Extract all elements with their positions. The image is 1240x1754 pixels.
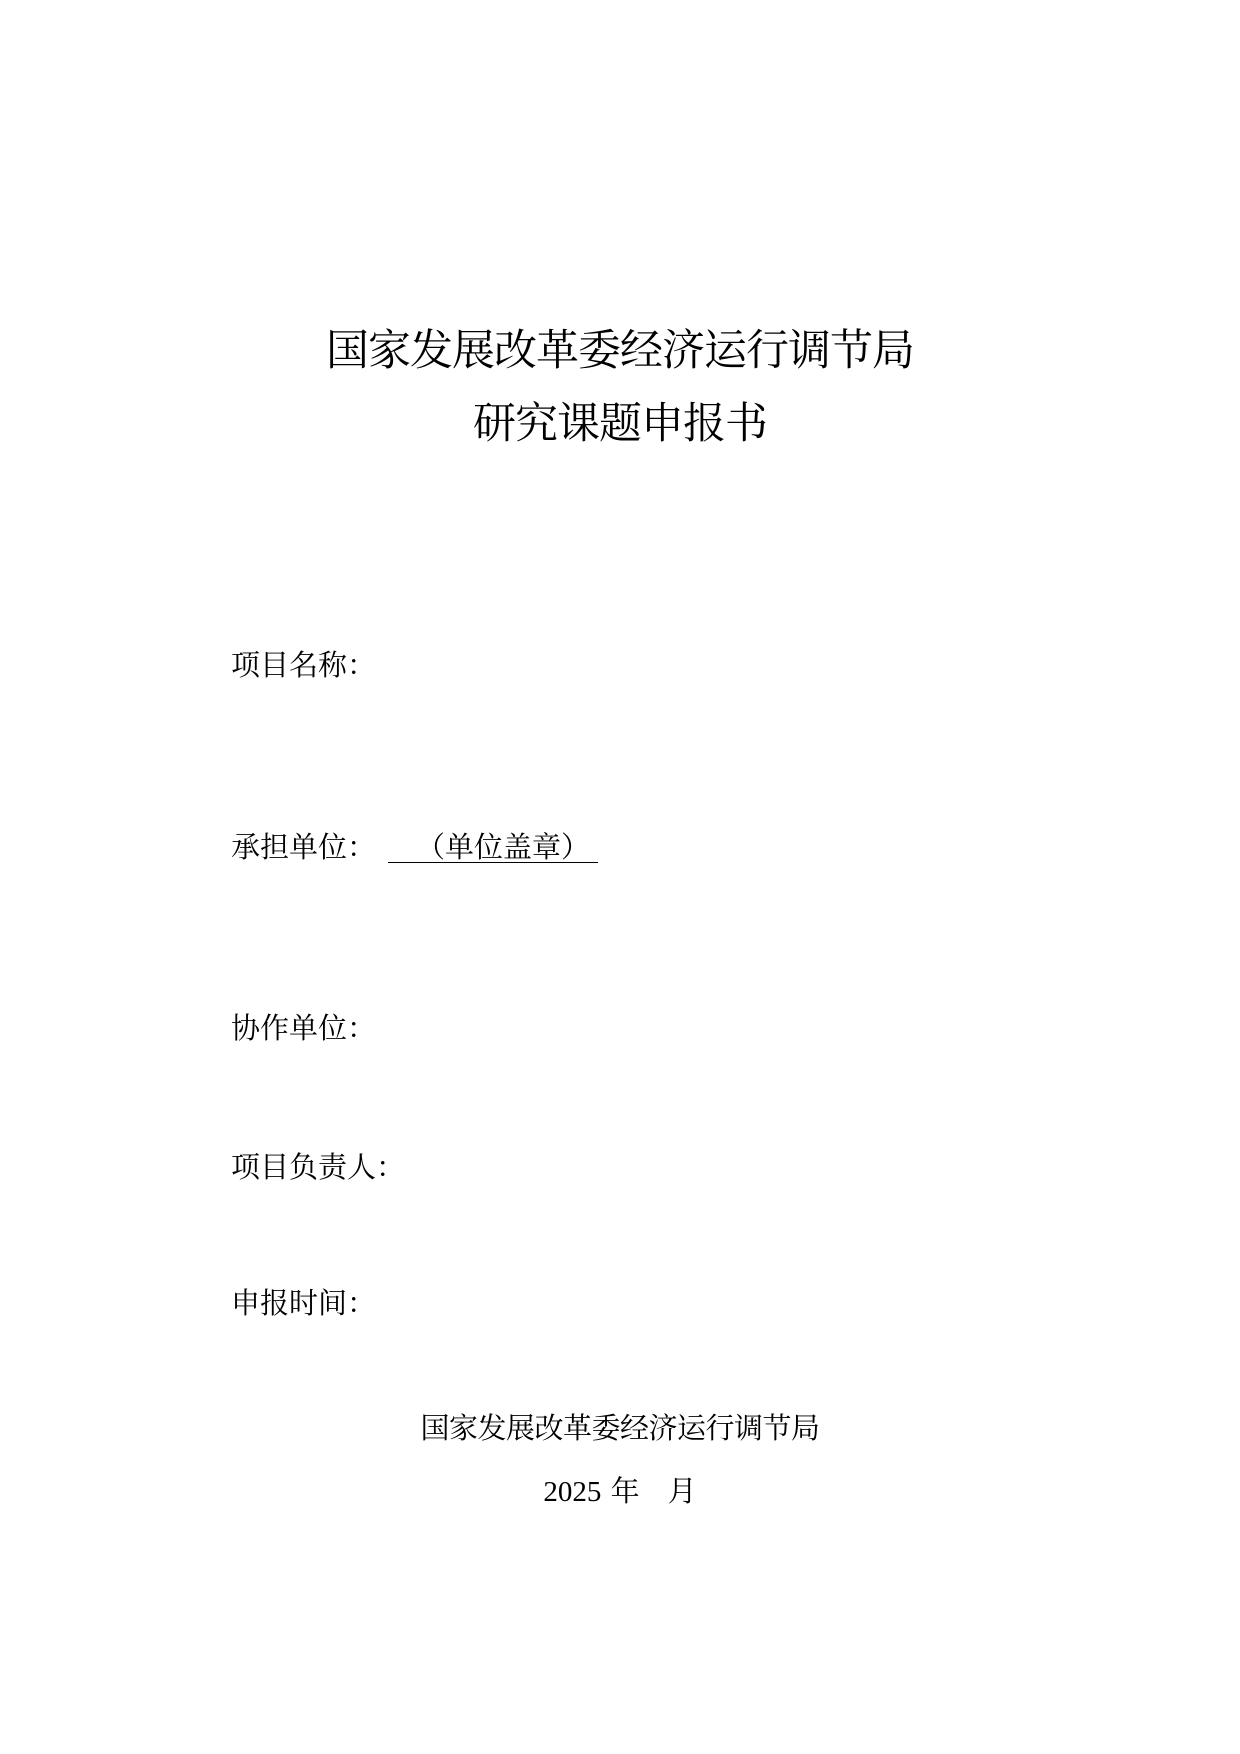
field-project-leader: 项目负责人： (231, 1153, 405, 1182)
field-value-unit-seal: （单位盖章） (388, 832, 598, 863)
year-unit: 年 (611, 1474, 640, 1508)
field-label-project-name: 项目名称： (231, 651, 376, 680)
field-undertaking-unit: 承担单位：（单位盖章） (231, 832, 598, 863)
field-label-cooperating-unit: 协作单位： (231, 1014, 376, 1043)
document-title-line2: 研究课题申报书 (0, 403, 1240, 446)
month-unit: 月 (668, 1474, 697, 1508)
field-project-name: 项目名称： (231, 651, 376, 680)
issue-date: 2025 年月 (0, 1477, 1240, 1507)
field-label-project-leader: 项目负责人： (231, 1153, 405, 1182)
field-cooperating-unit: 协作单位： (231, 1014, 376, 1043)
field-submission-date: 申报时间： (231, 1289, 376, 1318)
issuer-name: 国家发展改革委经济运行调节局 (0, 1414, 1240, 1443)
issue-year: 2025 (543, 1476, 601, 1508)
field-label-undertaking-unit: 承担单位： (231, 833, 376, 862)
field-label-submission-date: 申报时间： (231, 1289, 376, 1318)
document-title-line1: 国家发展改革委经济运行调节局 (0, 330, 1240, 373)
document-page: 国家发展改革委经济运行调节局 研究课题申报书 项目名称： 承担单位：（单位盖章）… (0, 0, 1240, 1754)
